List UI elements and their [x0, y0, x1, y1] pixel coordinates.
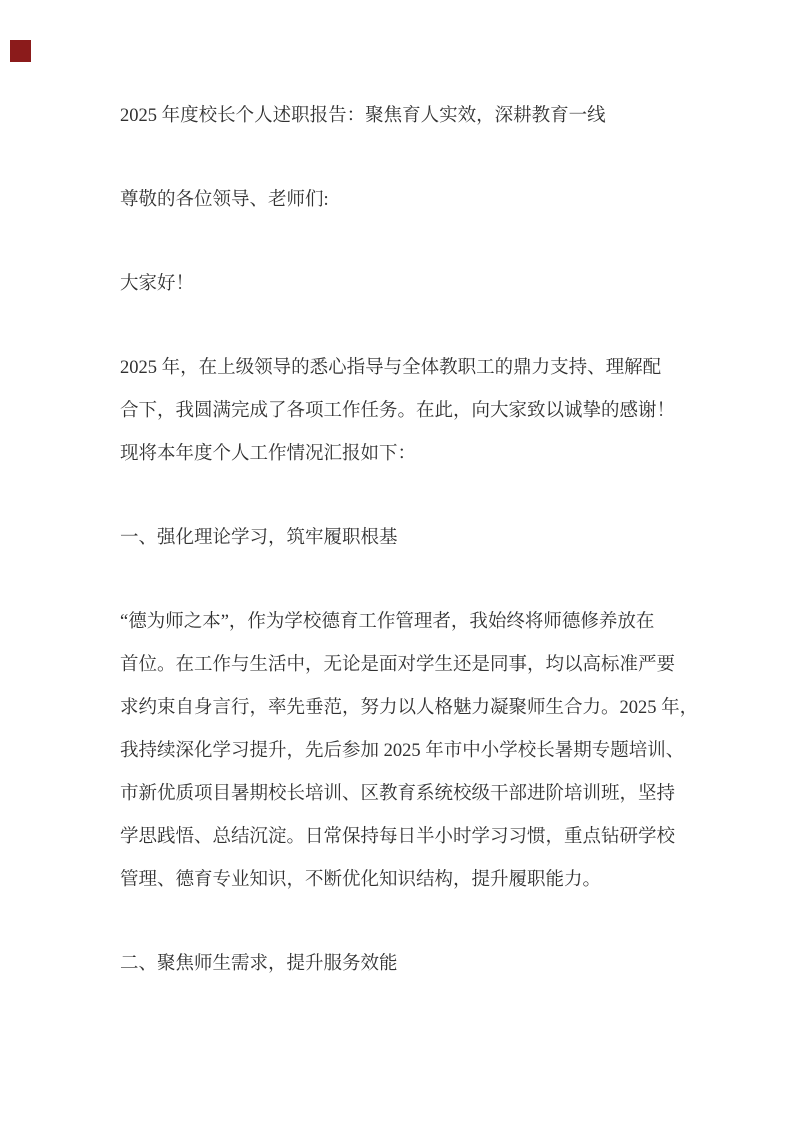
section2-heading: 二、聚焦师生需求，提升服务效能	[120, 943, 680, 986]
section1-heading: 一、强化理论学习，筑牢履职根基	[120, 517, 680, 560]
greeting-line: 尊敬的各位领导、老师们:	[120, 179, 680, 222]
salutation-line: 大家好！	[120, 263, 680, 306]
corner-mark	[10, 40, 31, 62]
intro-paragraph: 2025 年，在上级领导的悉心指导与全体教职工的鼎力支持、理解配 合下，我圆满完…	[120, 347, 680, 476]
document-title: 2025 年度校长个人述职报告：聚焦育人实效，深耕教育一线	[120, 95, 680, 138]
document-content: 2025 年度校长个人述职报告：聚焦育人实效，深耕教育一线 尊敬的各位领导、老师…	[120, 95, 680, 1027]
section1-body-paragraph: “德为师之本”，作为学校德育工作管理者，我始终将师德修养放在 首位。在工作与生活…	[120, 601, 680, 902]
document-page: 2025 年度校长个人述职报告：聚焦育人实效，深耕教育一线 尊敬的各位领导、老师…	[0, 0, 793, 1122]
